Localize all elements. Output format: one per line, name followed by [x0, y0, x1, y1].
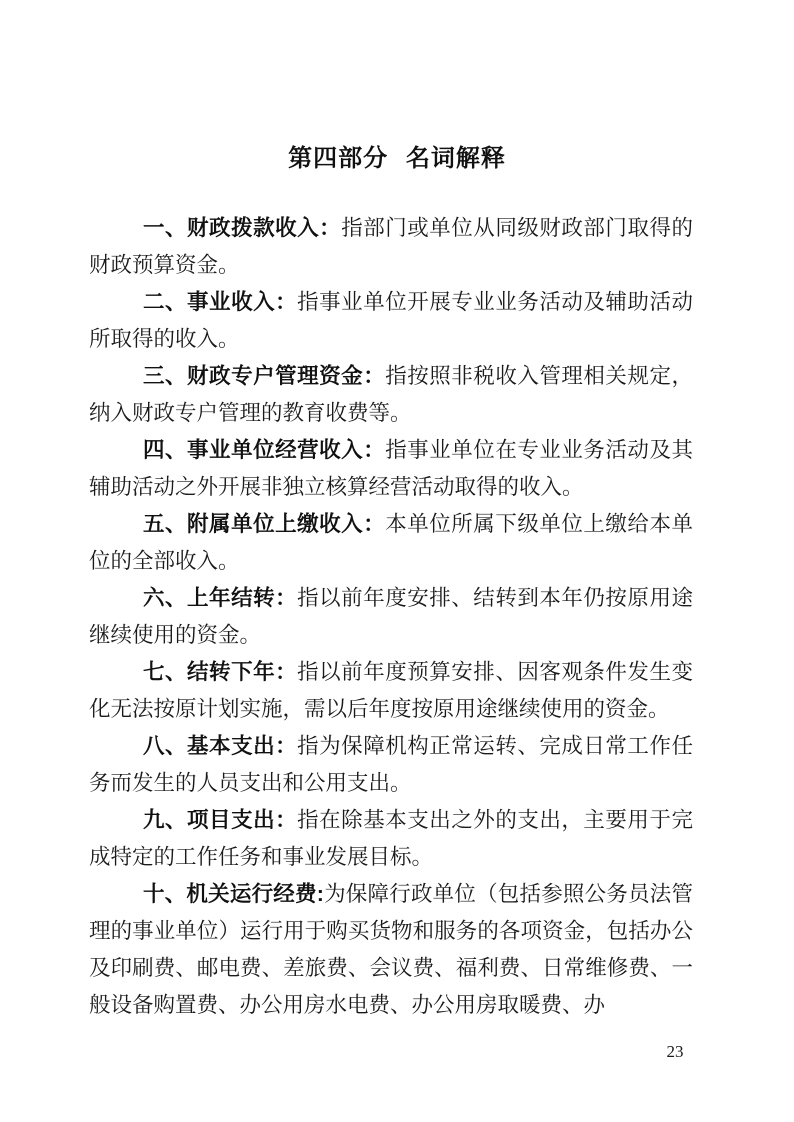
term-label: 三、财政专户管理资金：: [143, 364, 385, 388]
definition-paragraph: 九、项目支出：指在除基本支出之外的支出，主要用于完成特定的工作任务和事业发展目标…: [89, 802, 693, 876]
term-label: 五、附属单位上缴收入：: [143, 512, 385, 536]
page-title: 第四部分 名词解释: [0, 138, 794, 173]
definition-paragraph: 一、财政拨款收入：指部门或单位从同级财政部门取得的财政预算资金。: [89, 210, 693, 284]
definition-paragraph: 六、上年结转：指以前年度安排、结转到本年仍按原用途继续使用的资金。: [89, 580, 693, 654]
definition-paragraph: 七、结转下年：指以前年度预算安排、因客观条件发生变化无法按原计划实施，需以后年度…: [89, 654, 693, 728]
term-label: 七、结转下年：: [143, 660, 297, 684]
term-label: 一、财政拨款收入：: [143, 216, 341, 240]
term-label: 二、事业收入：: [143, 290, 297, 314]
definition-paragraph: 十、机关运行经费:为保障行政单位（包括参照公务员法管理的事业单位）运行用于购买货…: [89, 876, 693, 1024]
document-body: 一、财政拨款收入：指部门或单位从同级财政部门取得的财政预算资金。二、事业收入：指…: [89, 210, 693, 1024]
term-label: 四、事业单位经营收入：: [143, 438, 385, 462]
definition-paragraph: 五、附属单位上缴收入：本单位所属下级单位上缴给本单位的全部收入。: [89, 506, 693, 580]
definition-paragraph: 三、财政专户管理资金：指按照非税收入管理相关规定，纳入财政专户管理的教育收费等。: [89, 358, 693, 432]
term-label: 十、机关运行经费:: [143, 882, 324, 906]
term-label: 八、基本支出：: [143, 734, 297, 758]
definition-paragraph: 二、事业收入：指事业单位开展专业业务活动及辅助活动所取得的收入。: [89, 284, 693, 358]
page-number: 23: [655, 1042, 695, 1062]
document-page: 第四部分 名词解释 一、财政拨款收入：指部门或单位从同级财政部门取得的财政预算资…: [0, 0, 794, 1122]
definition-paragraph: 四、事业单位经营收入：指事业单位在专业业务活动及其辅助活动之外开展非独立核算经营…: [89, 432, 693, 506]
term-label: 九、项目支出：: [143, 808, 297, 832]
definition-paragraph: 八、基本支出：指为保障机构正常运转、完成日常工作任务而发生的人员支出和公用支出。: [89, 728, 693, 802]
term-label: 六、上年结转：: [143, 586, 297, 610]
